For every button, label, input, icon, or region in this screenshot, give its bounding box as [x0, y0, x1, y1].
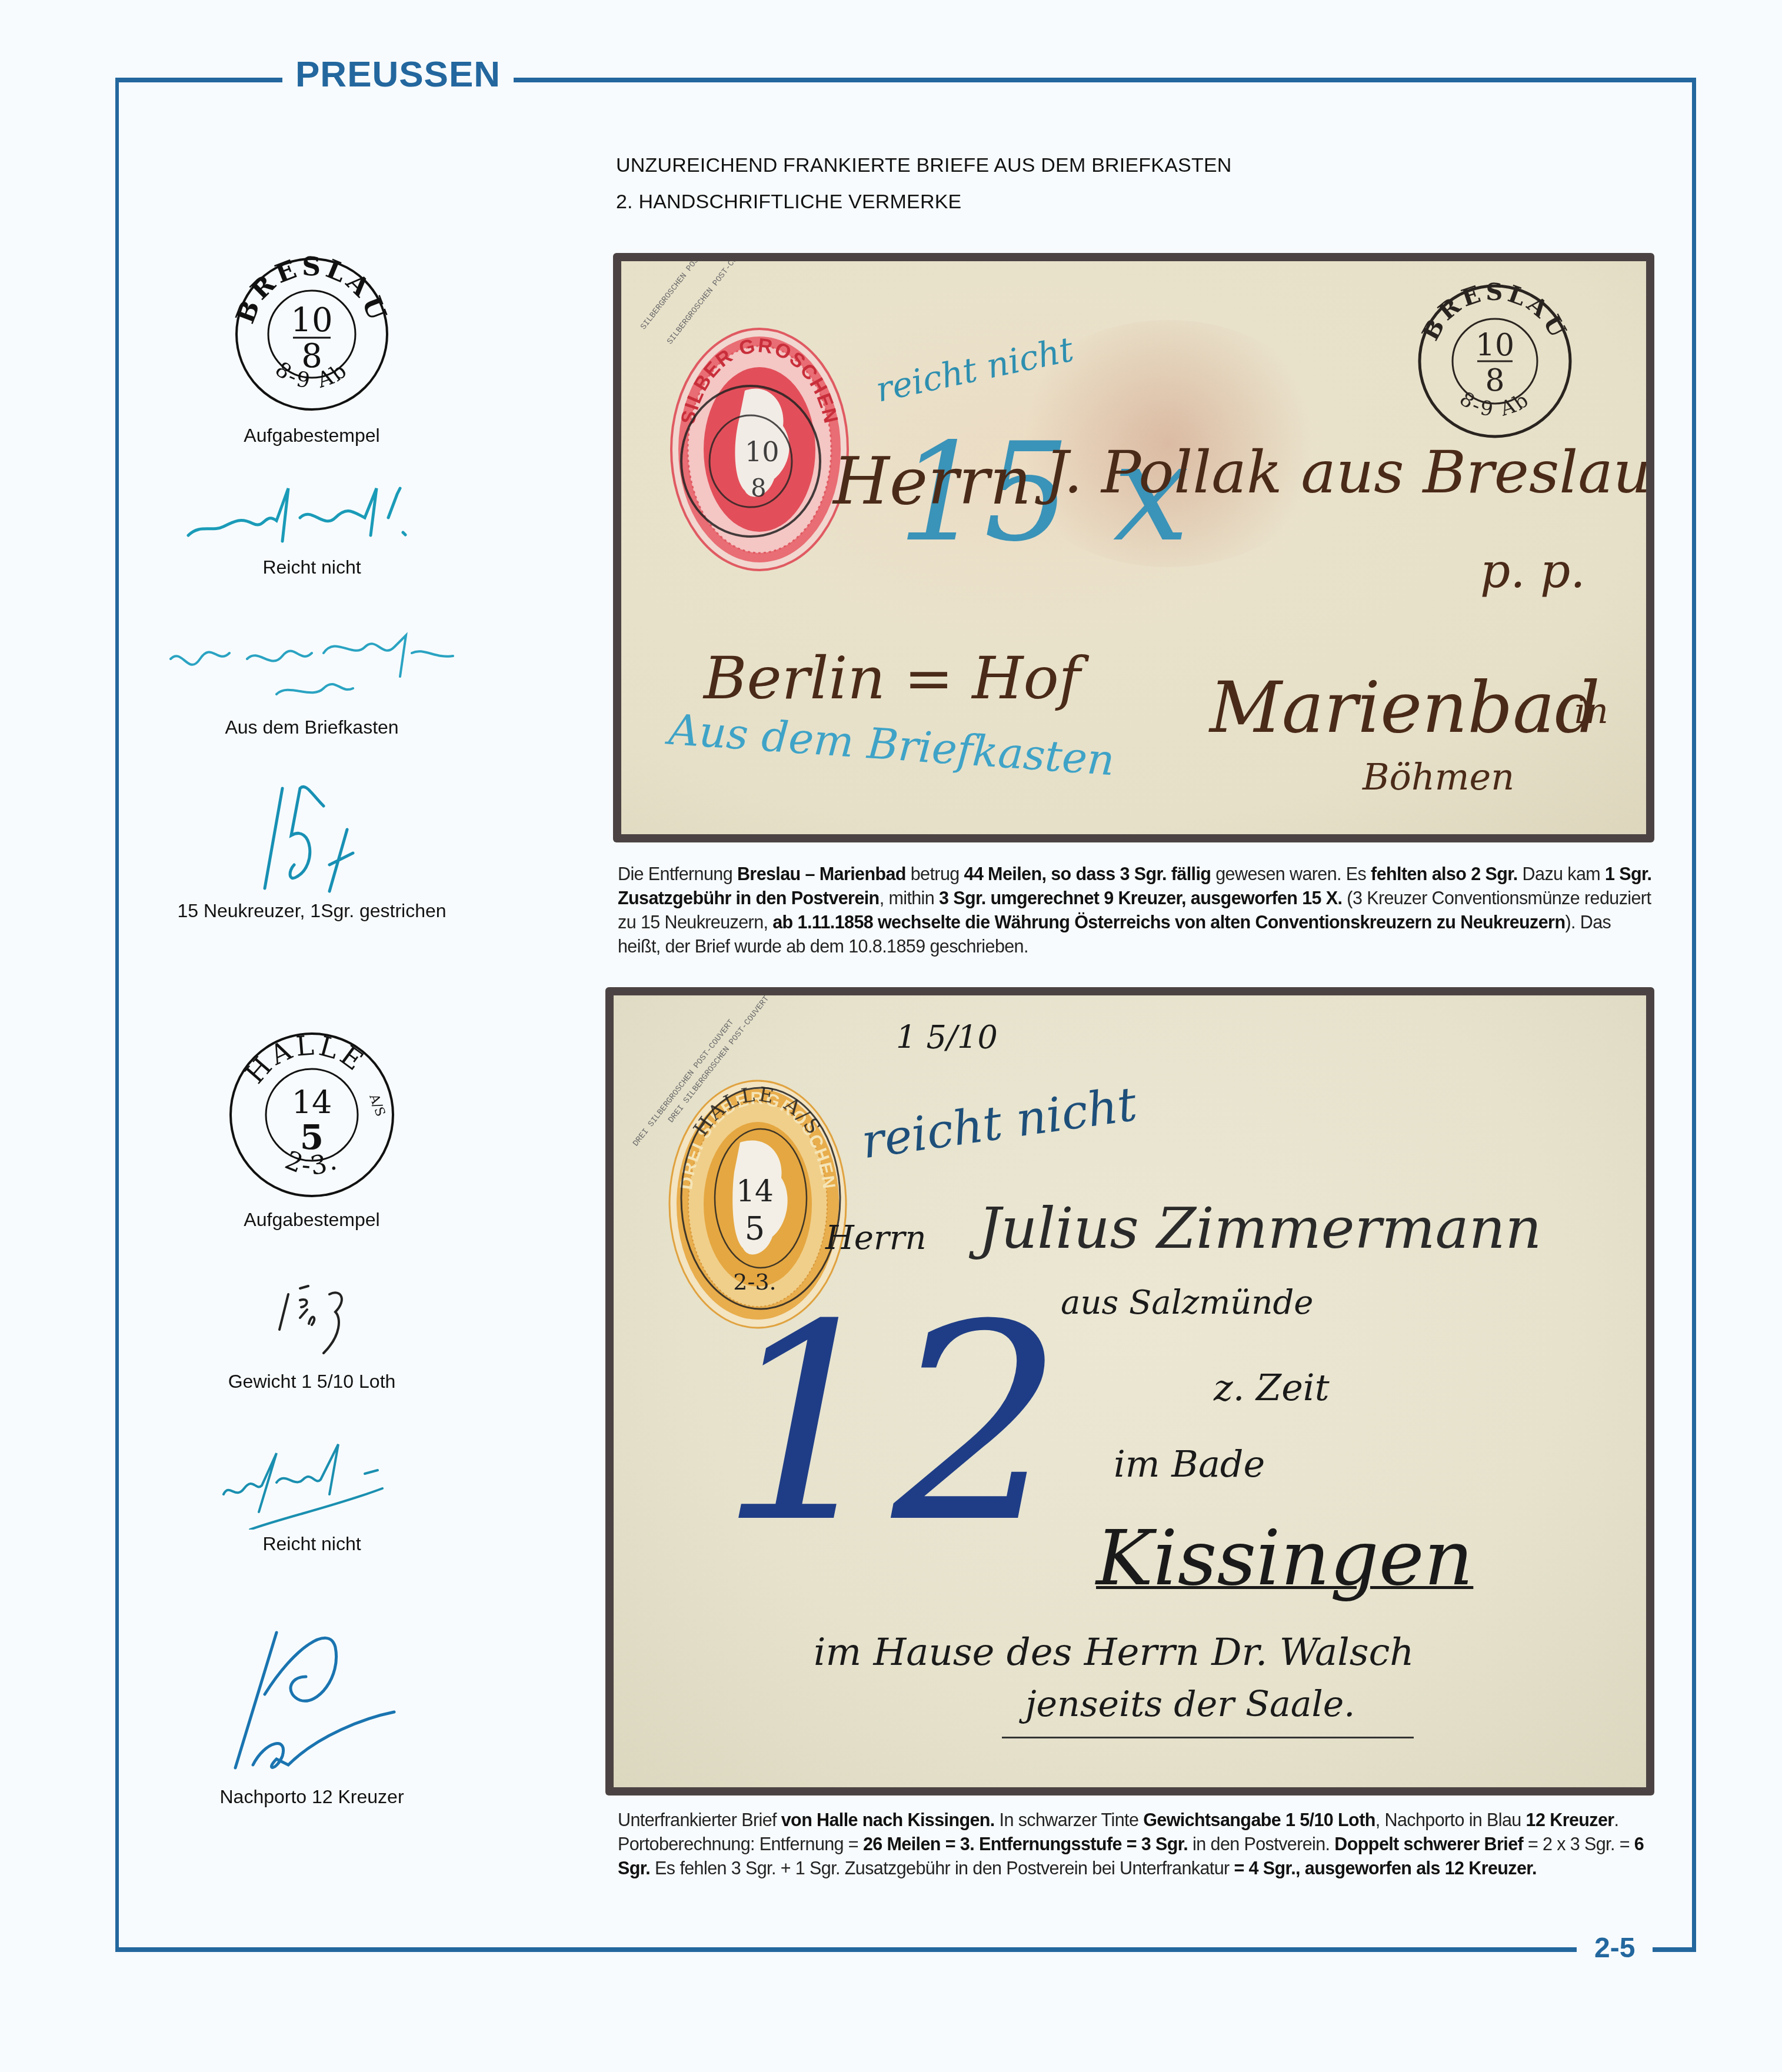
breslau-postmark-icon: BRESLAU 10 8 8-9 Ab: [1413, 273, 1577, 444]
caption-run: In schwarzer Tinte: [995, 1810, 1143, 1830]
cover2-description: Unterfrankierter Brief von Halle nach Ki…: [618, 1808, 1653, 1881]
caption-run: fehlten also 2 Sgr.: [1371, 864, 1518, 884]
addressee-line4: im Bade: [1114, 1443, 1265, 1485]
aus-dem-briefkasten-annotation: Aus dem Briefkasten: [667, 705, 1116, 785]
frame-right-border: [1692, 78, 1696, 1952]
cover-breslau-marienbad: SILBERGROSCHEN POST-COUVERT SILBERGROSCH…: [613, 253, 1654, 842]
caption-run: Die Entfernung: [618, 864, 737, 884]
left-item-gewicht: Gewicht 1 5/10 Loth: [135, 1271, 488, 1393]
addressee-line6: im Hause des Herrn Dr. Walsch: [814, 1631, 1414, 1674]
addressee-line2: aus Salzmünde: [1061, 1284, 1313, 1322]
svg-text:10: 10: [745, 436, 780, 468]
caption-run: , Nachporto in Blau: [1375, 1810, 1526, 1830]
left-caption: Nachporto 12 Kreuzer: [135, 1786, 488, 1808]
destination-suffix: in: [1574, 691, 1608, 732]
left-caption: Aus dem Briefkasten: [135, 717, 488, 738]
caption-run: 3 Sgr. umgerechnet 9 Kreuzer, ausgeworfe…: [939, 888, 1342, 908]
caption-run: Es fehlen 3 Sgr. + 1 Sgr. Zusatzgebühr i…: [650, 1858, 1234, 1878]
caption-run: = 4 Sgr., ausgeworfen als 12 Kreuzer.: [1234, 1858, 1536, 1878]
left-item-breslau-postmark: BRESLAU 10 8 8-9 Ab Aufgabestempel: [135, 252, 488, 447]
addressee: J. Pollak aus Breslau: [1045, 438, 1646, 507]
caption-run: in den Postverein.: [1188, 1834, 1334, 1854]
caption-run: Breslau – Marienbad: [737, 864, 906, 884]
halle-postmark-icon: HALLE A/S 14 5 2-3.: [224, 1027, 400, 1203]
aus-dem-briefkasten-handwriting-icon: [159, 624, 465, 712]
caption-run: Gewichtsangabe 1 5/10 Loth: [1143, 1810, 1375, 1830]
weight-handwriting-icon: [253, 1271, 371, 1359]
destination: Kissingen: [1096, 1513, 1473, 1603]
addressee-line7: jenseits der Saale.: [1025, 1684, 1355, 1725]
left-caption: Reicht nicht: [135, 1533, 488, 1555]
left-item-nachporto-12: Nachporto 12 Kreuzer: [135, 1624, 488, 1808]
caption-run: = 2 x 3 Sgr. =: [1523, 1834, 1634, 1854]
tax-15-handwriting-icon: [235, 777, 388, 894]
left-caption: Reicht nicht: [135, 557, 488, 578]
caption-run: von Halle nach Kissingen.: [781, 1810, 995, 1830]
breslau-postmark-icon: BRESLAU 10 8 8-9 Ab: [229, 252, 394, 417]
tax-12-handwriting-icon: [200, 1624, 424, 1783]
cover1-description: Die Entfernung Breslau – Marienbad betru…: [618, 862, 1653, 959]
page-title: PREUSSEN: [282, 56, 514, 93]
underline: [1002, 1737, 1414, 1738]
addressee-line2: p. p.: [1480, 544, 1586, 598]
svg-text:10: 10: [1475, 328, 1514, 363]
caption-run: 44 Meilen, so dass 3 Sgr. fällig: [964, 864, 1211, 884]
left-item-15-kreuzer: 15 Neukreuzer, 1Sgr. gestrichen: [135, 777, 488, 922]
left-item-aus-dem-briefkasten: Aus dem Briefkasten: [135, 624, 488, 738]
left-item-halle-postmark: HALLE A/S 14 5 2-3. Aufgabestempel: [135, 1027, 488, 1231]
frame-bottom-border: [115, 1947, 1696, 1952]
svg-text:8: 8: [1485, 363, 1504, 398]
caption-run: ab 1.11.1858 wechselte die Währung Öster…: [772, 912, 1565, 932]
svg-text:14: 14: [736, 1174, 774, 1208]
addressee: Julius Zimmermann: [978, 1195, 1541, 1261]
tax-annotation: 12: [720, 1290, 1064, 1560]
left-item-reicht-nicht-1: Reicht nicht: [135, 477, 488, 578]
left-caption: Gewicht 1 5/10 Loth: [135, 1371, 488, 1393]
route-annotation: Berlin = Hof: [704, 644, 1081, 712]
cover-halle-kissingen: DREI SILBERGROSCHEN POST-COUVERT DREI SI…: [605, 987, 1654, 1795]
reicht-nicht-annotation: reicht nicht: [858, 1077, 1140, 1170]
reicht-nicht-handwriting-icon: [188, 1430, 435, 1530]
caption-run: Doppelt schwerer Brief: [1334, 1834, 1523, 1854]
frame-left-border: [115, 78, 119, 1952]
envelope-2: DREI SILBERGROSCHEN POST-COUVERT DREI SI…: [614, 995, 1646, 1787]
left-caption: Aufgabestempel: [135, 1209, 488, 1231]
page-number: 2-5: [1577, 1934, 1653, 1963]
addressee-prefix: Herrn: [825, 1219, 927, 1257]
left-item-reicht-nicht-2: Reicht nicht: [135, 1430, 488, 1555]
caption-run: betrug: [906, 864, 964, 884]
caption-run: , mithin: [880, 888, 939, 908]
addressee-line3: z. Zeit: [1214, 1366, 1330, 1409]
region: Böhmen: [1363, 755, 1514, 798]
svg-text:10: 10: [291, 301, 332, 339]
svg-text:A/S: A/S: [366, 1092, 388, 1119]
left-caption: Aufgabestempel: [135, 425, 488, 447]
reicht-nicht-handwriting-icon: [176, 477, 447, 553]
destination: Marienbad: [1210, 667, 1600, 749]
caption-run: 26 Meilen = 3. Entfernungsstufe = 3 Sgr.: [863, 1834, 1188, 1854]
caption-run: Unterfrankierter Brief: [618, 1810, 781, 1830]
svg-text:5: 5: [745, 1210, 765, 1247]
caption-run: gewesen waren. Es: [1211, 864, 1371, 884]
section-subheading: 2. HANDSCHRIFTLICHE VERMERKE: [616, 191, 961, 214]
left-caption: 15 Neukreuzer, 1Sgr. gestrichen: [135, 900, 488, 922]
section-heading: UNZUREICHEND FRANKIERTE BRIEFE AUS DEM B…: [616, 154, 1232, 177]
svg-text:HALLE: HALLE: [239, 1029, 371, 1090]
caption-run: 12 Kreuzer: [1526, 1810, 1614, 1830]
red-embossed-stamp-icon: SILBER GROSCHEN 10 8: [668, 326, 851, 573]
addressee-prefix: Herrn: [833, 444, 1031, 519]
svg-text:8: 8: [751, 474, 767, 502]
envelope-1: SILBERGROSCHEN POST-COUVERT SILBERGROSCH…: [621, 261, 1646, 834]
caption-run: Dazu kam: [1518, 864, 1605, 884]
weight-annotation: 1 5/10: [896, 1019, 998, 1056]
svg-text:14: 14: [292, 1084, 332, 1121]
